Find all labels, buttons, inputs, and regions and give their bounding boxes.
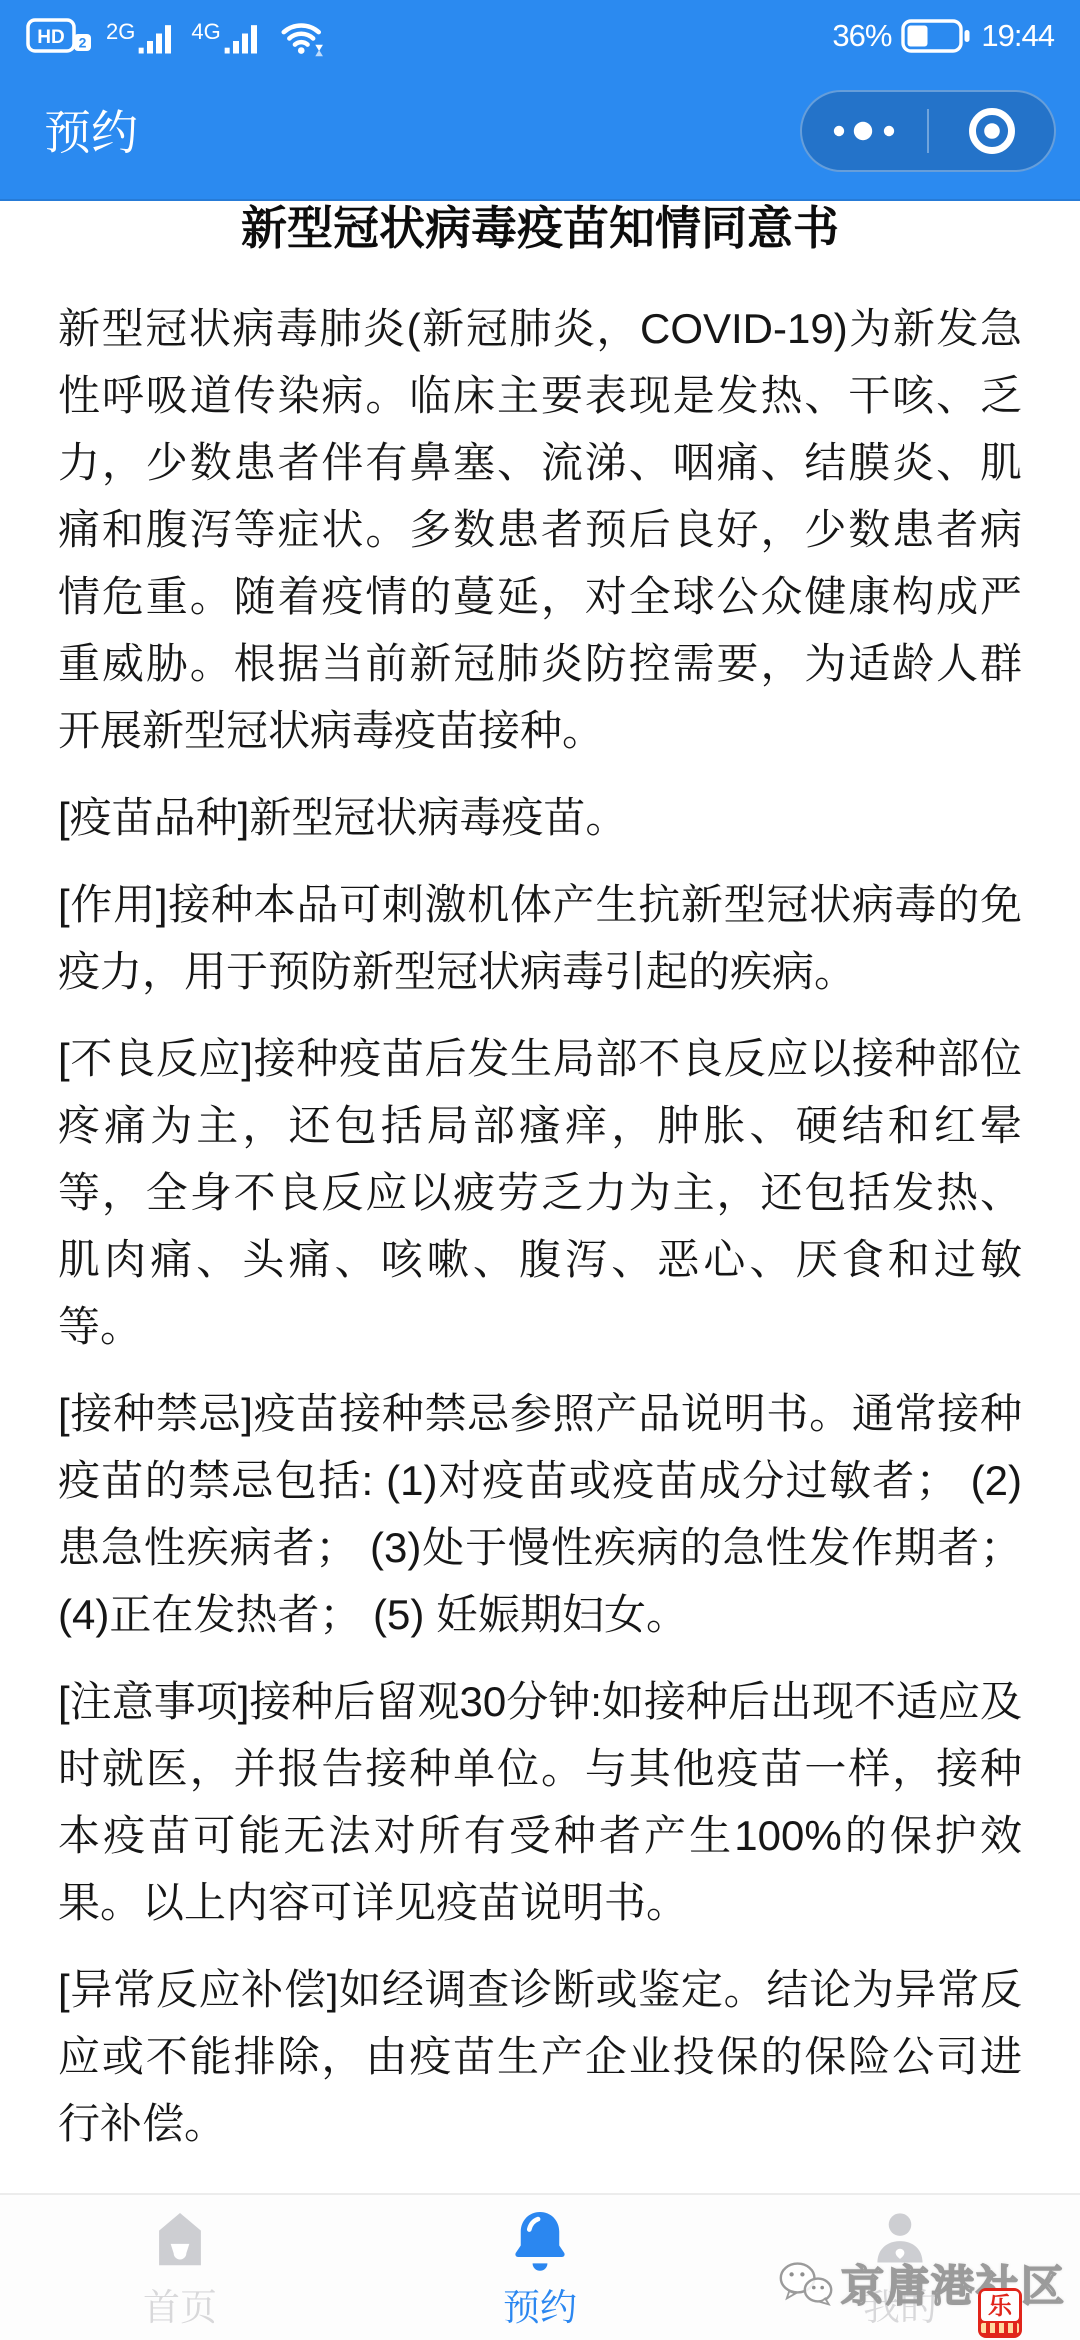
signal-2g-icon: 2G	[106, 15, 177, 57]
consent-paragraph-effect: [作用]接种本品可刺激机体产生抗新型冠状病毒的免疫力，用于预防新型冠状病毒引起的…	[58, 871, 1022, 1005]
consent-paragraph-contraindications: [接种禁忌]疫苗接种禁忌参照产品说明书。通常接种疫苗的禁忌包括: (1)对疫苗或…	[58, 1380, 1022, 1648]
tab-home-label: 首页	[143, 2277, 217, 2331]
watermark-badge-glyph: 乐	[981, 2291, 1019, 2321]
watermark-badge: 乐	[978, 2288, 1022, 2338]
tab-appointment-label: 预约	[503, 2277, 577, 2331]
consent-document[interactable]: 新型冠状病毒疫苗知情同意书 新型冠状病毒肺炎(新冠肺炎，COVID-19)为新发…	[0, 201, 1080, 2193]
consent-paragraph-adverse-reactions: [不良反应]接种疫苗后发生局部不良反应以接种部位疼痛为主，还包括局部瘙痒，肿胀、…	[58, 1025, 1022, 1360]
tab-appointment[interactable]: 预约	[360, 2195, 720, 2340]
bell-icon	[507, 2207, 573, 2273]
wifi-icon	[277, 15, 329, 57]
status-bar: HD 2 2G 4G	[0, 0, 1080, 62]
app-header: HD 2 2G 4G	[0, 0, 1080, 201]
battery-percent: 36%	[832, 18, 891, 54]
home-icon	[147, 2207, 213, 2273]
phone-screen: HD 2 2G 4G	[0, 0, 1080, 2340]
consent-paragraph-vaccine-type: [疫苗品种]新型冠状病毒疫苗。	[58, 784, 1022, 851]
tab-bar: 首页 预约 我的	[0, 2193, 1080, 2340]
watermark-badge-banner	[981, 2323, 1019, 2333]
clock: 19:44	[981, 18, 1054, 54]
tab-mine[interactable]: 我的	[720, 2195, 1080, 2340]
document-title: 新型冠状病毒疫苗知情同意书	[58, 203, 1022, 253]
target-circle-icon	[966, 105, 1018, 157]
more-dots-icon	[823, 116, 907, 146]
battery-icon	[901, 18, 971, 54]
hd-icon: HD 2	[26, 15, 92, 57]
tab-mine-label: 我的	[863, 2277, 937, 2331]
profile-icon	[867, 2207, 933, 2273]
miniprogram-capsule	[800, 90, 1056, 172]
consent-paragraph-intro: 新型冠状病毒肺炎(新冠肺炎，COVID-19)为新发急性呼吸道传染病。临床主要表…	[58, 295, 1022, 764]
svg-text:2: 2	[79, 35, 87, 51]
nav-bar: 预约	[0, 62, 1080, 199]
svg-text:HD: HD	[37, 27, 64, 48]
more-menu-button[interactable]	[802, 92, 927, 170]
consent-paragraph-precautions: [注意事项]接种后留观30分钟:如接种后出现不适应及时就医，并报告接种单位。与其…	[58, 1668, 1022, 1936]
consent-paragraph-compensation: [异常反应补偿]如经调查诊断或鉴定。结论为异常反应或不能排除，由疫苗生产企业投保…	[58, 1956, 1022, 2157]
exit-miniprogram-button[interactable]	[929, 92, 1054, 170]
tab-home[interactable]: 首页	[0, 2195, 360, 2340]
nav-title: 预约	[44, 96, 138, 163]
signal-4g-icon: 4G	[191, 15, 262, 57]
